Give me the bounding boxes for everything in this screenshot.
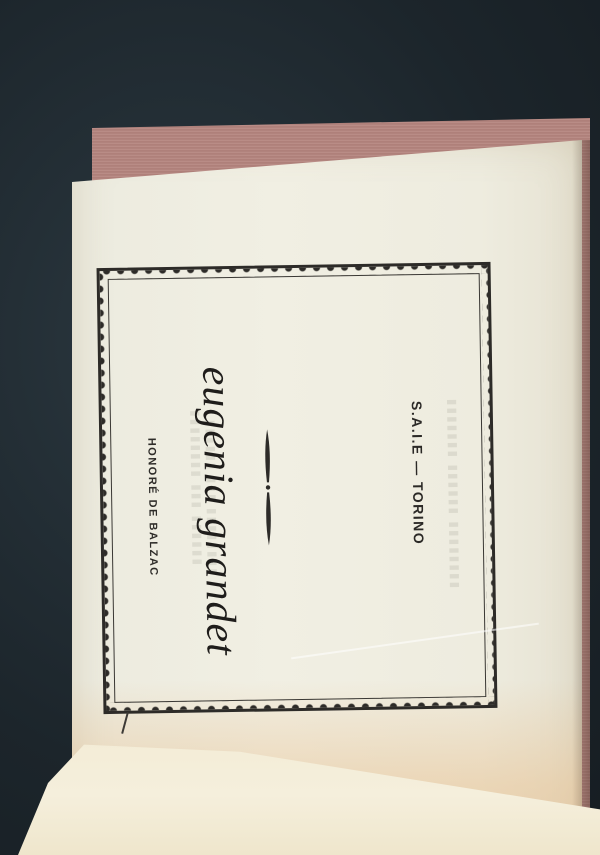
author-name: HONORÉ DE BALZAC (145, 438, 159, 577)
book-title: eugenia grandet (192, 366, 245, 656)
ornament-divider-icon (262, 427, 274, 547)
publisher-imprint: S.A.I.E — TORINO (409, 401, 427, 546)
title-page-content: ▮▮▮▮▮▮ ▮▮▮ ▮▮▮▮▮▮▮▮ ▮▮▮▮▮▮▮▮ ▮▮▮ ▮▮▮▮▮▮ … (97, 262, 492, 708)
page-edge-shadow (572, 140, 590, 855)
show-through-text: ▮▮▮▮▮▮▮▮ ▮▮▮▮▮▮ ▮▮▮▮▮▮▮ (444, 397, 461, 589)
